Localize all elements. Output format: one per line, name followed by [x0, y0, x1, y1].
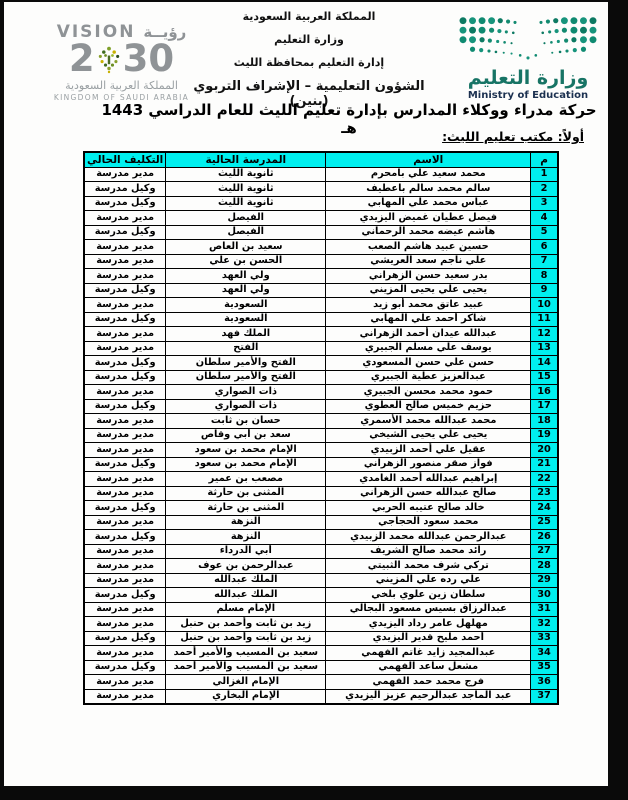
name-cell: هاشم عيضه محمد الرحماني [326, 225, 531, 240]
row-number-cell: 17 [531, 399, 558, 414]
table-row: 12عبدالله عيدان أحمد الزهرانيالملك فهدمد… [84, 327, 558, 342]
org-country-line: المملكة العربية السعودية [174, 10, 444, 23]
table-row: 34عبدالمجيد زايد غاتم الفهميسعيد بن المس… [84, 646, 558, 661]
current-school-cell: حسان بن ثابت [166, 414, 326, 429]
current-school-cell: عبدالرحمن بن عوف [166, 559, 326, 574]
row-number-cell: 10 [531, 298, 558, 313]
current-school-cell: سعيد بن المسيب والأمير أحمد [166, 646, 326, 661]
current-assignment-cell: مدير مدرسة [84, 559, 166, 574]
table-row: 7علي ناجم سعد العريشيالحسن بن عليمدير مد… [84, 254, 558, 269]
table-row: 17حزيم خميس صالح العطويذات الصواريوكيل م… [84, 399, 558, 414]
row-number-cell: 6 [531, 240, 558, 255]
table-row: 11شاكر أحمد علي المهابيالسعوديةوكيل مدرس… [84, 312, 558, 327]
current-assignment-cell: مدير مدرسة [84, 341, 166, 356]
movements-table: م الاسم المدرسة الحالية التكليف الحالي 1… [83, 151, 559, 705]
name-cell: يحيى علي يحيى المزيني [326, 283, 531, 298]
current-school-cell: الفيصل [166, 211, 326, 226]
table-row: 35مشعل ساعد الفهميسعيد بن المسيب والأمير… [84, 660, 558, 675]
current-school-cell: السعودية [166, 298, 326, 313]
row-number-cell: 36 [531, 675, 558, 690]
movements-table-wrapper: م الاسم المدرسة الحالية التكليف الحالي 1… [83, 151, 559, 705]
table-row: 6حسين عبيد هاشم الصعبسعيد بن العاصمدير م… [84, 240, 558, 255]
current-school-cell: ثانوية الليث [166, 196, 326, 211]
section-heading: أولاً: مكتب تعليم الليث: [442, 129, 584, 144]
name-cell: حمود محمد محسن الجبيري [326, 385, 531, 400]
header-current-assignment: التكليف الحالي [84, 152, 166, 167]
name-cell: مهلهل عامر رداد اليزيدي [326, 617, 531, 632]
current-assignment-cell: مدير مدرسة [84, 385, 166, 400]
current-assignment-cell: وكيل مدرسة [84, 399, 166, 414]
table-row: 13يوسف علي مسلم الجبيريالفتحمدير مدرسة [84, 341, 558, 356]
current-assignment-cell: مدير مدرسة [84, 646, 166, 661]
table-header-row: م الاسم المدرسة الحالية التكليف الحالي [84, 152, 558, 167]
current-school-cell: ثانوية الليث [166, 182, 326, 197]
name-cell: صالح عبدالله حسن الزهراني [326, 486, 531, 501]
name-cell: أحمد مليح قدير اليزيدي [326, 631, 531, 646]
current-assignment-cell: مدير مدرسة [84, 617, 166, 632]
name-cell: محمد سعود الحجاجي [326, 515, 531, 530]
name-cell: تركي شرف محمد الثبيتي [326, 559, 531, 574]
table-row: 23صالح عبدالله حسن الزهرانيالمثنى بن حار… [84, 486, 558, 501]
current-school-cell: ذات الصواري [166, 385, 326, 400]
name-cell: عبد الماجد عبدالرحيم عزيز اليزيدي [326, 689, 531, 704]
row-number-cell: 11 [531, 312, 558, 327]
current-assignment-cell: مدير مدرسة [84, 327, 166, 342]
row-number-cell: 29 [531, 573, 558, 588]
table-row: 16حمود محمد محسن الجبيريذات الصواريمدير … [84, 385, 558, 400]
current-school-cell: النزهة [166, 530, 326, 545]
name-cell: فيصل عطيان غميض اليزيدي [326, 211, 531, 226]
name-cell: عبدالله عيدان أحمد الزهراني [326, 327, 531, 342]
current-school-cell: ولي العهد [166, 269, 326, 284]
current-assignment-cell: مدير مدرسة [84, 544, 166, 559]
current-school-cell: السعودية [166, 312, 326, 327]
table-row: 2سالم محمد سالم باعطيفثانوية الليثوكيل م… [84, 182, 558, 197]
current-assignment-cell: مدير مدرسة [84, 602, 166, 617]
name-cell: سالم محمد سالم باعطيف [326, 182, 531, 197]
current-school-cell: الملك فهد [166, 327, 326, 342]
current-assignment-cell: مدير مدرسة [84, 414, 166, 429]
current-assignment-cell: وكيل مدرسة [84, 196, 166, 211]
row-number-cell: 32 [531, 617, 558, 632]
name-cell: فرج محمد حمد الفهمي [326, 675, 531, 690]
row-number-cell: 22 [531, 472, 558, 487]
palm-tree-icon [96, 43, 122, 75]
current-school-cell: الإمام الغزالي [166, 675, 326, 690]
name-cell: محمد عبدالله محمد الأسمري [326, 414, 531, 429]
org-ministry-line: وزارة التعليم [174, 33, 444, 46]
row-number-cell: 34 [531, 646, 558, 661]
current-school-cell: الإمام مسلم [166, 602, 326, 617]
current-assignment-cell: مدير مدرسة [84, 428, 166, 443]
current-assignment-cell: وكيل مدرسة [84, 370, 166, 385]
table-row: 27رائد محمد صالح الشريفأبي الدرداءمدير م… [84, 544, 558, 559]
current-assignment-cell: وكيل مدرسة [84, 182, 166, 197]
table-row: 18محمد عبدالله محمد الأسمريحسان بن ثابتم… [84, 414, 558, 429]
table-row: 26عبدالرحمن عبدالله محمد الزبيديالنزهةوك… [84, 530, 558, 545]
current-assignment-cell: مدير مدرسة [84, 269, 166, 284]
current-assignment-cell: مدير مدرسة [84, 443, 166, 458]
ministry-name-en: Ministry of Education [444, 90, 612, 101]
year-left-digit: 2 [69, 42, 95, 76]
table-row: 28تركي شرف محمد الثبيتيعبدالرحمن بن عوفم… [84, 559, 558, 574]
name-cell: عباس محمد علي المهابي [326, 196, 531, 211]
table-row: 22إبراهيم عبدالله أحمد الغامديمصعب بن عم… [84, 472, 558, 487]
table-row: 5هاشم عيضه محمد الرحمانيالفيصلوكيل مدرسة [84, 225, 558, 240]
current-school-cell: سعيد بن المسيب والأمير أحمد [166, 660, 326, 675]
name-cell: إبراهيم عبدالله أحمد الغامدي [326, 472, 531, 487]
current-school-cell: الملك عبدالله [166, 573, 326, 588]
name-cell: عبدالمجيد زايد غاتم الفهمي [326, 646, 531, 661]
row-number-cell: 18 [531, 414, 558, 429]
current-assignment-cell: مدير مدرسة [84, 254, 166, 269]
current-assignment-cell: مدير مدرسة [84, 689, 166, 704]
current-school-cell: ولي العهد [166, 283, 326, 298]
row-number-cell: 19 [531, 428, 558, 443]
current-school-cell: أبي الدرداء [166, 544, 326, 559]
name-cell: شاكر أحمد علي المهابي [326, 312, 531, 327]
table-row: 37عبد الماجد عبدالرحيم عزيز اليزيديالإما… [84, 689, 558, 704]
ministry-name-ar: وزارة التعليم [444, 68, 612, 88]
current-school-cell: زيد بن ثابت وأحمد بن حنبل [166, 617, 326, 632]
name-cell: علي رده علي المزيني [326, 573, 531, 588]
row-number-cell: 7 [531, 254, 558, 269]
current-assignment-cell: وكيل مدرسة [84, 660, 166, 675]
header-current-school: المدرسة الحالية [166, 152, 326, 167]
table-row: 8بدر سعيد حسن الزهرانيولي العهدمدير مدرس… [84, 269, 558, 284]
current-assignment-cell: مدير مدرسة [84, 240, 166, 255]
current-school-cell: سعد بن أبي وقاص [166, 428, 326, 443]
current-assignment-cell: وكيل مدرسة [84, 530, 166, 545]
table-row: 15عبدالعزيز عطية الجبيريالفتح والأمير سل… [84, 370, 558, 385]
current-assignment-cell: مدير مدرسة [84, 472, 166, 487]
school-table-body: 1محمد سعيد علي بامحرمثانوية الليثمدير مد… [84, 167, 558, 704]
current-assignment-cell: وكيل مدرسة [84, 631, 166, 646]
year-right-digits: 30 [123, 42, 175, 76]
table-row: 19يحيى علي يحيى الشيخيسعد بن أبي وقاصمدي… [84, 428, 558, 443]
current-school-cell: المثنى بن حارثة [166, 486, 326, 501]
table-row: 21فواز صقر منصور الزهرانيالإمام محمد بن … [84, 457, 558, 472]
ministry-logo-dots-icon [448, 12, 608, 64]
current-assignment-cell: مدير مدرسة [84, 486, 166, 501]
name-cell: محمد سعيد علي بامحرم [326, 167, 531, 182]
current-school-cell: الملك عبدالله [166, 588, 326, 603]
table-row: 4فيصل عطيان غميض اليزيديالفيصلمدير مدرسة [84, 211, 558, 226]
table-row: 29علي رده علي المزينيالملك عبداللهمدير م… [84, 573, 558, 588]
current-school-cell: النزهة [166, 515, 326, 530]
header-number: م [531, 152, 558, 167]
current-assignment-cell: مدير مدرسة [84, 573, 166, 588]
row-number-cell: 2 [531, 182, 558, 197]
row-number-cell: 28 [531, 559, 558, 574]
row-number-cell: 30 [531, 588, 558, 603]
name-cell: فواز صقر منصور الزهراني [326, 457, 531, 472]
row-number-cell: 37 [531, 689, 558, 704]
current-school-cell: الإمام محمد بن سعود [166, 457, 326, 472]
current-assignment-cell: وكيل مدرسة [84, 457, 166, 472]
name-cell: يوسف علي مسلم الجبيري [326, 341, 531, 356]
row-number-cell: 23 [531, 486, 558, 501]
current-school-cell: مصعب بن عمير [166, 472, 326, 487]
table-row: 32مهلهل عامر رداد اليزيديزيد بن ثابت وأح… [84, 617, 558, 632]
table-row: 30سلطان زين علوي بلخيالملك عبداللهوكيل م… [84, 588, 558, 603]
current-assignment-cell: مدير مدرسة [84, 211, 166, 226]
current-school-cell: المثنى بن حارثة [166, 501, 326, 516]
current-school-cell: الحسن بن علي [166, 254, 326, 269]
name-cell: عقيل علي أحمد الزبيدي [326, 443, 531, 458]
current-school-cell: الفتح والأمير سلطان [166, 370, 326, 385]
name-cell: خالد صالح عتيبه الحربي [326, 501, 531, 516]
name-cell: عبدالرحمن عبدالله محمد الزبيدي [326, 530, 531, 545]
row-number-cell: 33 [531, 631, 558, 646]
name-cell: حزيم خميس صالح العطوي [326, 399, 531, 414]
name-cell: علي ناجم سعد العريشي [326, 254, 531, 269]
table-row: 31عبدالرزاق بسيس مسعود البجاليالإمام مسل… [84, 602, 558, 617]
current-assignment-cell: وكيل مدرسة [84, 225, 166, 240]
current-assignment-cell: وكيل مدرسة [84, 312, 166, 327]
current-school-cell: الفتح [166, 341, 326, 356]
table-row: 25محمد سعود الحجاجيالنزهةمدير مدرسة [84, 515, 558, 530]
row-number-cell: 31 [531, 602, 558, 617]
row-number-cell: 3 [531, 196, 558, 211]
current-assignment-cell: وكيل مدرسة [84, 588, 166, 603]
table-row: 10عبيد عاتق محمد أبو زيدالسعوديةمدير مدر… [84, 298, 558, 313]
current-assignment-cell: وكيل مدرسة [84, 356, 166, 371]
row-number-cell: 20 [531, 443, 558, 458]
current-school-cell: الفيصل [166, 225, 326, 240]
current-school-cell: الإمام البخاري [166, 689, 326, 704]
name-cell: حسن علي حسن المسعودي [326, 356, 531, 371]
row-number-cell: 5 [531, 225, 558, 240]
row-number-cell: 24 [531, 501, 558, 516]
table-row: 20عقيل علي أحمد الزبيديالإمام محمد بن سع… [84, 443, 558, 458]
row-number-cell: 9 [531, 283, 558, 298]
name-cell: بدر سعيد حسن الزهراني [326, 269, 531, 284]
current-school-cell: ثانوية الليث [166, 167, 326, 182]
row-number-cell: 8 [531, 269, 558, 284]
name-cell: حسين عبيد هاشم الصعب [326, 240, 531, 255]
row-number-cell: 25 [531, 515, 558, 530]
row-number-cell: 12 [531, 327, 558, 342]
row-number-cell: 16 [531, 385, 558, 400]
row-number-cell: 1 [531, 167, 558, 182]
current-assignment-cell: مدير مدرسة [84, 167, 166, 182]
current-assignment-cell: مدير مدرسة [84, 298, 166, 313]
table-row: 14حسن علي حسن المسعوديالفتح والأمير سلطا… [84, 356, 558, 371]
current-school-cell: الإمام محمد بن سعود [166, 443, 326, 458]
name-cell: مشعل ساعد الفهمي [326, 660, 531, 675]
table-row: 9يحيى علي يحيى المزينيولي العهدوكيل مدرس… [84, 283, 558, 298]
current-school-cell: الفتح والأمير سلطان [166, 356, 326, 371]
name-cell: يحيى علي يحيى الشيخي [326, 428, 531, 443]
current-assignment-cell: وكيل مدرسة [84, 283, 166, 298]
row-number-cell: 35 [531, 660, 558, 675]
row-number-cell: 14 [531, 356, 558, 371]
table-row: 33أحمد مليح قدير اليزيديزيد بن ثابت وأحم… [84, 631, 558, 646]
name-cell: سلطان زين علوي بلخي [326, 588, 531, 603]
current-assignment-cell: وكيل مدرسة [84, 501, 166, 516]
table-row: 36فرج محمد حمد الفهميالإمام الغزاليمدير … [84, 675, 558, 690]
org-directorate-line: إدارة التعليم بمحافظة الليث [174, 56, 444, 69]
row-number-cell: 27 [531, 544, 558, 559]
name-cell: رائد محمد صالح الشريف [326, 544, 531, 559]
document-page: VISION رؤيــة 2 [4, 2, 608, 786]
table-row: 3عباس محمد علي المهابيثانوية الليثوكيل م… [84, 196, 558, 211]
row-number-cell: 21 [531, 457, 558, 472]
ministry-of-education-logo: وزارة التعليم Ministry of Education [444, 12, 612, 101]
name-cell: عبدالعزيز عطية الجبيري [326, 370, 531, 385]
row-number-cell: 15 [531, 370, 558, 385]
row-number-cell: 4 [531, 211, 558, 226]
table-row: 24خالد صالح عتيبه الحربيالمثنى بن حارثةو… [84, 501, 558, 516]
row-number-cell: 13 [531, 341, 558, 356]
current-assignment-cell: مدير مدرسة [84, 515, 166, 530]
table-row: 1محمد سعيد علي بامحرمثانوية الليثمدير مد… [84, 167, 558, 182]
header-name: الاسم [326, 152, 531, 167]
current-school-cell: سعيد بن العاص [166, 240, 326, 255]
row-number-cell: 26 [531, 530, 558, 545]
current-school-cell: ذات الصواري [166, 399, 326, 414]
name-cell: عبدالرزاق بسيس مسعود البجالي [326, 602, 531, 617]
current-assignment-cell: مدير مدرسة [84, 675, 166, 690]
name-cell: عبيد عاتق محمد أبو زيد [326, 298, 531, 313]
current-school-cell: زيد بن ثابت وأحمد بن حنبل [166, 631, 326, 646]
